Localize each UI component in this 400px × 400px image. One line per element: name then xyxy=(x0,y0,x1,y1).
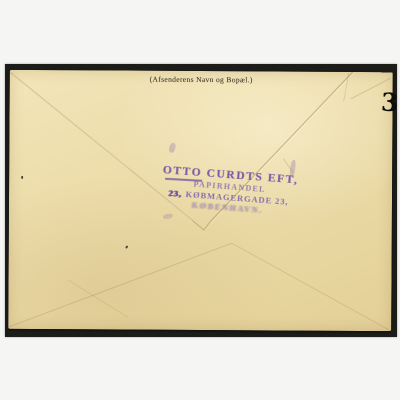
paper-speck xyxy=(21,176,23,179)
photo-black-backdrop: (Afsenderens Navn og Bopæl.) OTTO CURDTS… xyxy=(5,64,397,337)
lot-number-label: 3 xyxy=(380,89,400,115)
envelope-back: (Afsenderens Navn og Bopæl.) OTTO CURDTS… xyxy=(8,70,393,331)
stamp-street-number: 23, xyxy=(169,188,183,199)
auction-photo-page: { "colors": { "page_background": "#f5f5f… xyxy=(0,0,400,400)
